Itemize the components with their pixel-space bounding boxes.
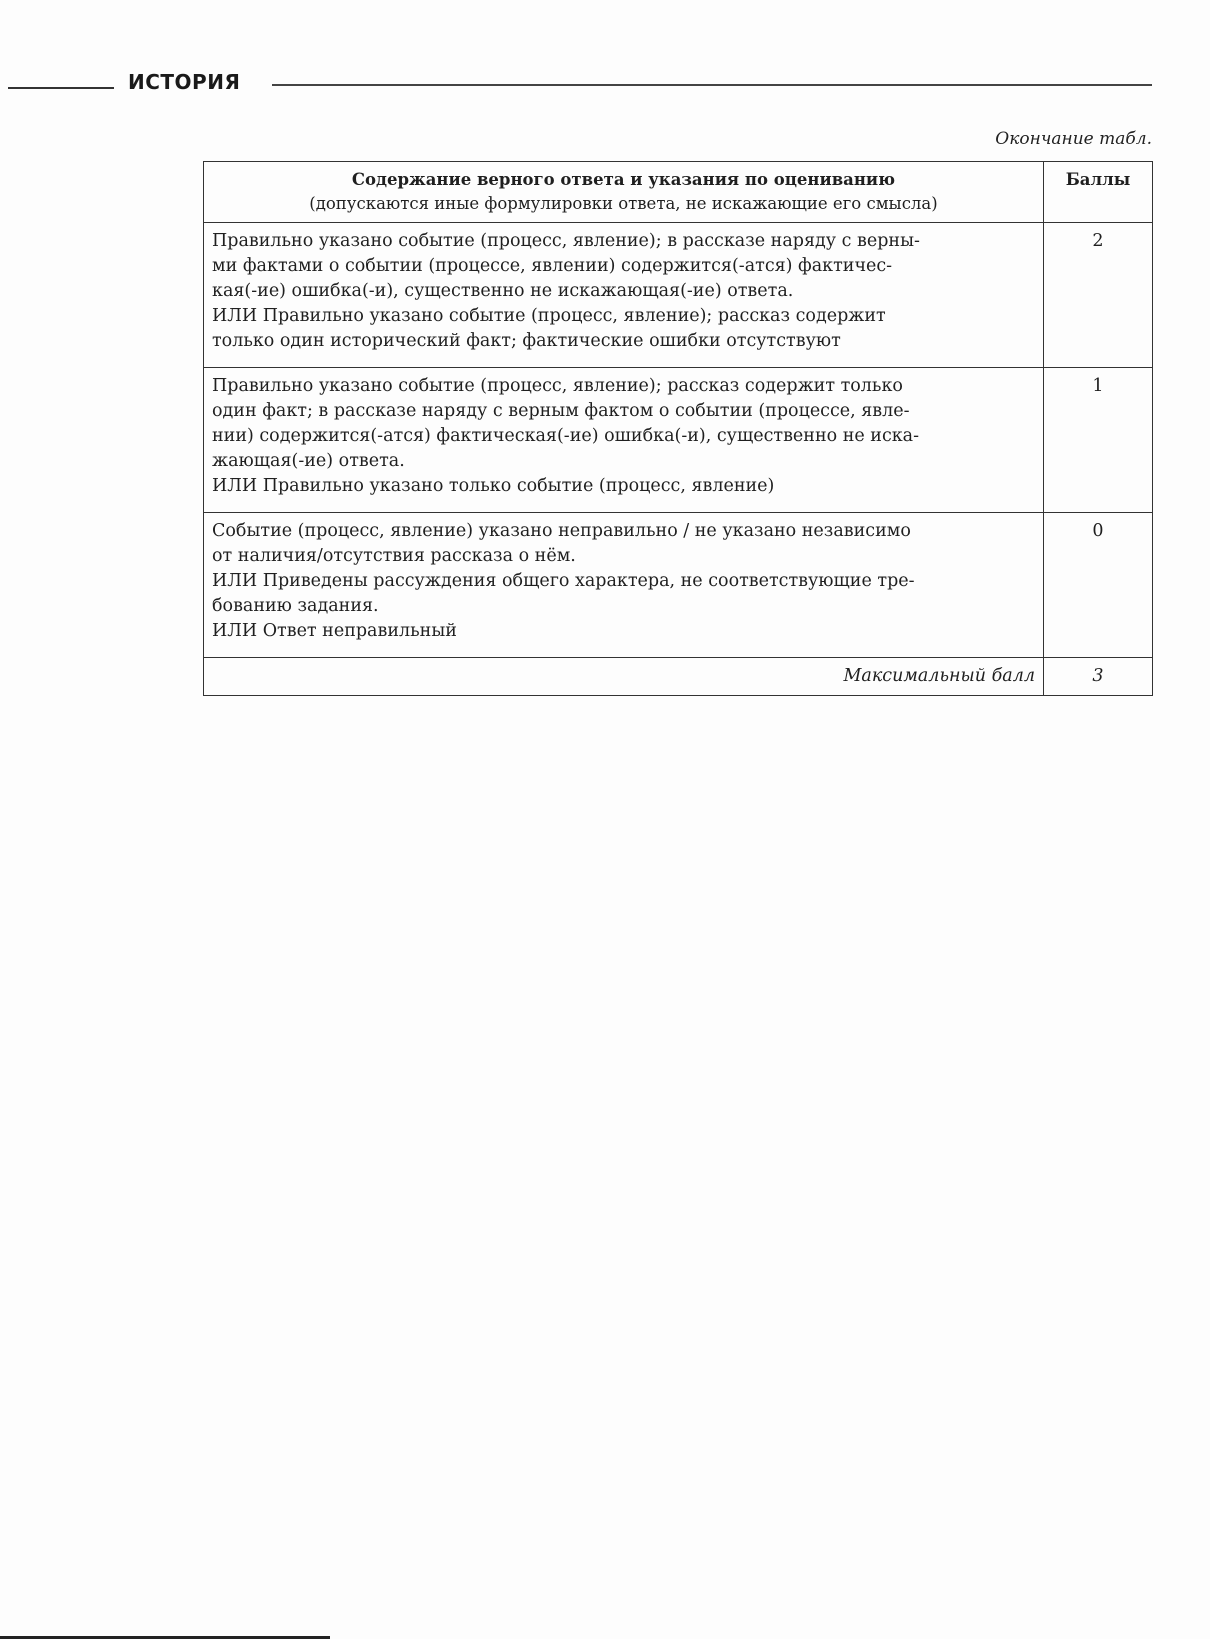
criteria-text: Событие (процесс, явление) указано непра… bbox=[204, 513, 1044, 658]
table-header-row: Содержание верного ответа и указания по … bbox=[204, 162, 1153, 223]
score-value: 1 bbox=[1044, 368, 1153, 513]
criteria-line: бованию задания. bbox=[212, 594, 1035, 619]
criteria-line: кая(-ие) ошибка(-и), существенно не иска… bbox=[212, 279, 1035, 304]
table-footer-row: Максимальный балл 3 bbox=[204, 658, 1153, 696]
content-header-title: Содержание верного ответа и указания по … bbox=[352, 170, 895, 189]
header-rule-left bbox=[8, 87, 114, 89]
criteria-line: ИЛИ Правильно указано событие (процесс, … bbox=[212, 304, 1035, 329]
content-header-subtitle: (допускаются иные формулировки ответа, н… bbox=[212, 192, 1035, 216]
max-score-value: 3 bbox=[1044, 658, 1153, 696]
criteria-line: только один исторический факт; фактическ… bbox=[212, 329, 1035, 354]
score-column-header: Баллы bbox=[1044, 162, 1153, 223]
content-column-header: Содержание верного ответа и указания по … bbox=[204, 162, 1044, 223]
header-rule-right bbox=[272, 84, 1152, 86]
criteria-text: Правильно указано событие (процесс, явле… bbox=[204, 223, 1044, 368]
table-row: Событие (процесс, явление) указано непра… bbox=[204, 513, 1153, 658]
table-row: Правильно указано событие (процесс, явле… bbox=[204, 368, 1153, 513]
criteria-line: от наличия/отсутствия рассказа о нём. bbox=[212, 544, 1035, 569]
criteria-line: Правильно указано событие (процесс, явле… bbox=[212, 374, 1035, 399]
table-row: Правильно указано событие (процесс, явле… bbox=[204, 223, 1153, 368]
section-title: ИСТОРИЯ bbox=[128, 70, 240, 94]
criteria-line: жающая(-ие) ответа. bbox=[212, 449, 1035, 474]
score-value: 0 bbox=[1044, 513, 1153, 658]
criteria-line: ми фактами о событии (процессе, явлении)… bbox=[212, 254, 1035, 279]
criteria-line: Событие (процесс, явление) указано непра… bbox=[212, 519, 1035, 544]
criteria-line: Правильно указано событие (процесс, явле… bbox=[212, 229, 1035, 254]
scoring-criteria-table: Содержание верного ответа и указания по … bbox=[203, 161, 1153, 696]
criteria-line: ИЛИ Правильно указано только событие (пр… bbox=[212, 474, 1035, 499]
table-caption: Окончание табл. bbox=[995, 129, 1152, 149]
criteria-text: Правильно указано событие (процесс, явле… bbox=[204, 368, 1044, 513]
criteria-line: ИЛИ Приведены рассуждения общего характе… bbox=[212, 569, 1035, 594]
score-value: 2 bbox=[1044, 223, 1153, 368]
criteria-line: один факт; в рассказе наряду с верным фа… bbox=[212, 399, 1035, 424]
criteria-line: ИЛИ Ответ неправильный bbox=[212, 619, 1035, 644]
criteria-line: нии) содержится(-атся) фактическая(-ие) … bbox=[212, 424, 1035, 449]
max-score-label: Максимальный балл bbox=[204, 658, 1044, 696]
